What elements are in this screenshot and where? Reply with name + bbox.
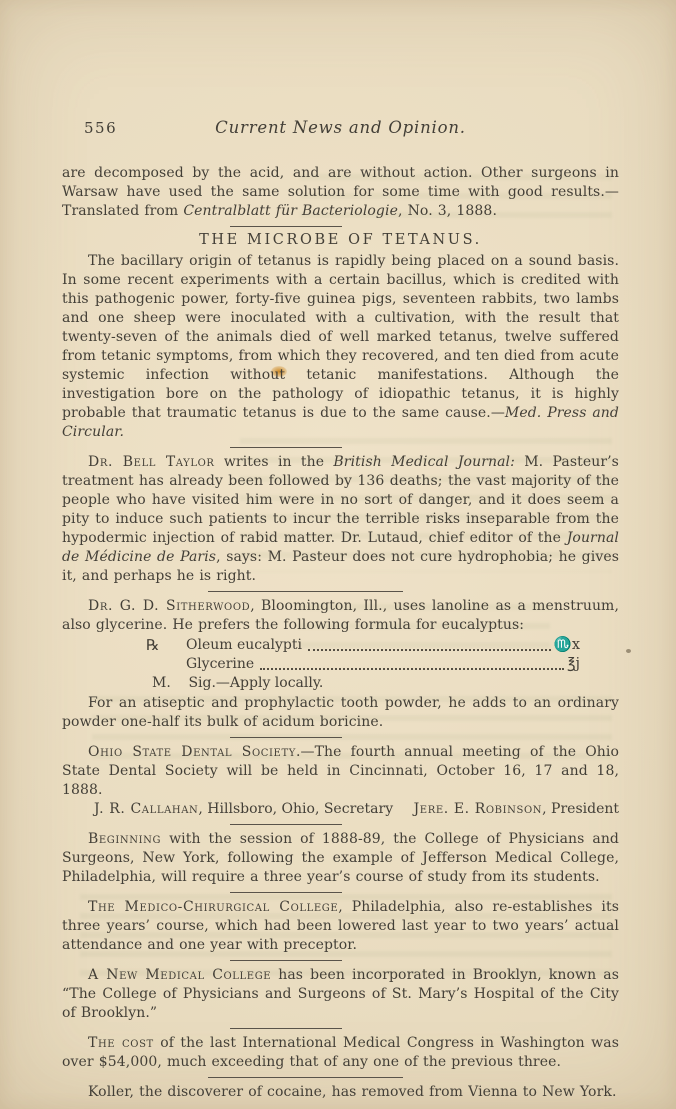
text-run: writes in the — [215, 454, 334, 470]
ingredient-quantity: ♏x — [554, 636, 580, 655]
dot-leader — [260, 668, 564, 670]
officers-line: J. R. Callahan, Hillsboro, Ohio, Secreta… — [62, 800, 619, 819]
scanned-journal-page: 556 Current News and Opinion. are decomp… — [0, 0, 676, 1109]
heading-microbe-of-tetanus: THE MICROBE OF TETANUS. — [62, 232, 619, 248]
paragraph-congress-cost: The cost of the last International Medic… — [62, 1034, 619, 1072]
section-divider — [230, 447, 342, 448]
prescription-line: ℞ Oleum eucalypti ♏x — [146, 636, 580, 655]
italic-run: Centralblatt für Bacteriologie — [183, 203, 398, 219]
paragraph-bell-taylor: Dr. Bell Taylor writes in the British Me… — [62, 453, 619, 586]
section-divider — [208, 1077, 403, 1078]
text-run: , No. 3, 1888. — [398, 203, 497, 219]
smallcaps-run: The Medico-Chirurgical College — [88, 899, 338, 915]
ingredient-name: Glycerine — [186, 655, 254, 674]
smallcaps-run: Beginning — [88, 831, 161, 847]
page-content: 556 Current News and Opinion. are decomp… — [62, 118, 619, 1102]
paragraph-sitherwood: Dr. G. D. Sitherwood, Bloomington, Ill.,… — [62, 597, 619, 635]
section-divider — [230, 824, 342, 825]
smallcaps-run: Dr. G. D. Sitherwood — [88, 598, 250, 614]
paragraph-ohio-dental-society: Ohio State Dental Society.—The fourth an… — [62, 743, 619, 800]
prescription-line: Glycerine ℥j — [146, 655, 580, 674]
sig-text: Sig.—Apply locally. — [188, 675, 323, 691]
page-header: 556 Current News and Opinion. — [62, 118, 619, 140]
secretary-credit: J. R. Callahan, Hillsboro, Ohio, Secreta… — [94, 800, 393, 819]
paragraph-acid-solution: are decomposed by the acid, and are with… — [62, 164, 619, 221]
smallcaps-run: Dr. Bell Taylor — [88, 454, 215, 470]
page-number: 556 — [84, 119, 117, 137]
paragraph-tetanus-experiments: The bacillary origin of tetanus is rapid… — [62, 252, 619, 442]
section-divider — [230, 960, 342, 961]
smallcaps-run: Jere. E. Robinson — [414, 801, 543, 817]
sig-label: M. — [152, 674, 184, 693]
smallcaps-run: J. R. Callahan — [94, 801, 198, 817]
prescription-block: ℞ Oleum eucalypti ♏x Glycerine ℥j M. Sig… — [146, 636, 580, 693]
running-title: Current News and Opinion. — [62, 118, 619, 137]
italic-run: British Medical Journal: — [333, 454, 515, 470]
ingredient-quantity: ℥j — [567, 655, 580, 674]
smallcaps-run: Ohio State Dental Society — [88, 744, 296, 760]
smallcaps-run: The cost — [88, 1035, 154, 1051]
section-divider — [230, 226, 342, 227]
paragraph-koller: Koller, the discoverer of cocaine, has r… — [62, 1083, 619, 1102]
rx-symbol: ℞ — [146, 636, 186, 655]
section-divider — [208, 591, 403, 592]
dot-leader — [308, 649, 551, 651]
paragraph-new-medical-college: A New Medical College has been incorpora… — [62, 966, 619, 1023]
text-run: , President — [542, 801, 619, 817]
text-run: The bacillary origin of tetanus is rapid… — [62, 253, 619, 421]
ingredient-name: Oleum eucalypti — [186, 636, 302, 655]
paragraph-college-physicians-surgeons: Beginning with the session of 1888-89, t… — [62, 830, 619, 887]
section-divider — [230, 892, 342, 893]
president-credit: Jere. E. Robinson, President — [414, 800, 619, 819]
text-run: , Hillsboro, Ohio, Secretary — [198, 801, 393, 817]
paragraph-tooth-powder: For an atiseptic and prophylactic tooth … — [62, 694, 619, 732]
section-divider — [230, 737, 342, 738]
section-divider — [230, 1028, 342, 1029]
ink-speck — [626, 649, 631, 653]
smallcaps-run: A New Medical College — [88, 967, 271, 983]
signature-line: M. Sig.—Apply locally. — [152, 674, 580, 693]
paragraph-medico-chirurgical: The Medico-Chirurgical College, Philadel… — [62, 898, 619, 955]
